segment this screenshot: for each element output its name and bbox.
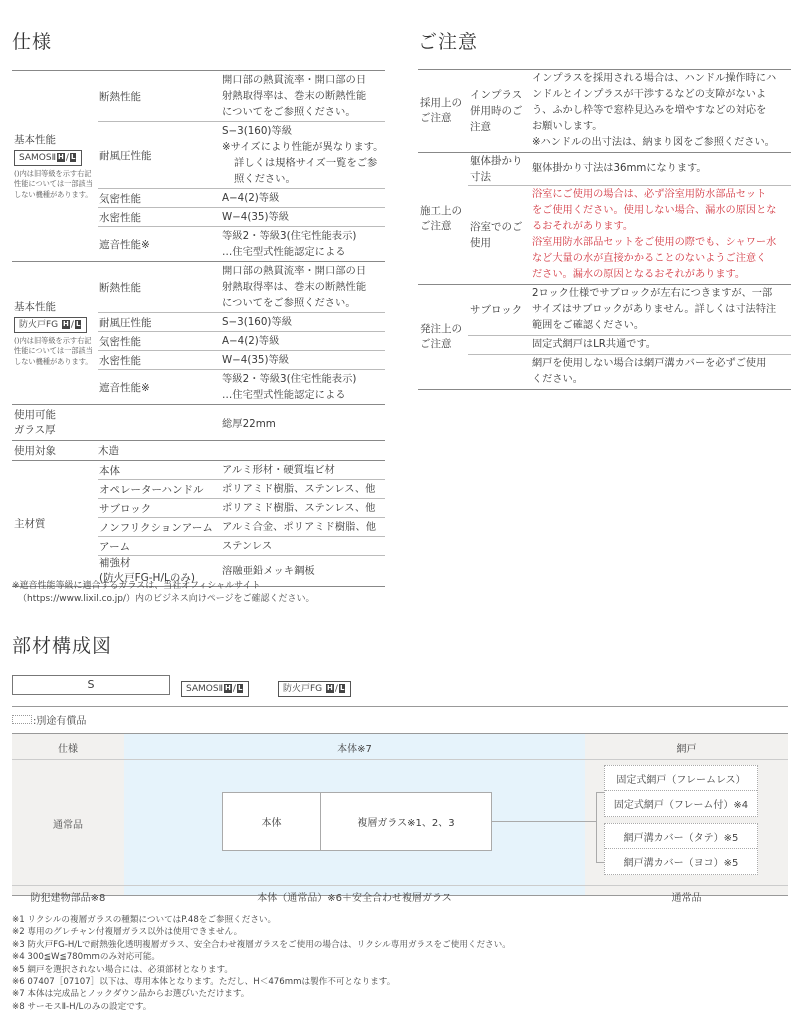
header-spec: 仕様 — [12, 740, 124, 755]
caution-row: 網戸を使用しない場合は網戸溝カバーを必ずご使用 ください。 — [468, 355, 791, 389]
body-component-box: 本体 複層ガラス※1、2、3 — [222, 792, 492, 851]
product-badge-samos: SAMOSⅡH/L — [181, 681, 249, 697]
spec-title: 仕様 — [12, 27, 52, 54]
caution-row: 躯体掛かり寸法 躯体掛かり寸法は36mmになります。 — [468, 153, 791, 186]
connector-line — [596, 792, 597, 862]
dotted-box-icon — [12, 715, 32, 724]
caution-row: インプラス併用時のご注意 インプラスを採用される場合は、ハンドル操作時にハ ンド… — [468, 70, 791, 152]
spec-group-fg: 基本性能 防火戸FG H/L ()内は旧等級を示す右記性能については一部該当しな… — [12, 262, 385, 405]
screen-group-cover: 網戸溝カバー（タテ）※5 網戸溝カバー（ヨコ）※5 — [604, 823, 758, 875]
material-row: 本体アルミ形材・硬質塩ビ材 — [98, 461, 385, 480]
caution-group-construction: 施工上のご注意 躯体掛かり寸法 躯体掛かり寸法は36mmになります。 浴室でのご… — [418, 153, 791, 285]
spec-row: 遮音性能※等級2・等級3(住宅性能表示)…住宅型式性能認定による — [98, 227, 385, 261]
parts-title: 部材構成図 — [12, 631, 112, 658]
material-row: アームステンレス — [98, 537, 385, 556]
parts-footnotes: ※1 リクシルの複層ガラスの種類についてはP.48をご参照ください。 ※2 専用… — [12, 914, 511, 1013]
row-standard-label: 通常品 — [12, 816, 124, 831]
size-selector[interactable]: S — [12, 675, 170, 695]
legend-optional: :別途有償品 — [12, 712, 86, 727]
screen-group-fixed: 固定式網戸（フレームレス） 固定式網戸（フレーム付）※4 — [604, 765, 758, 817]
row-security-body: 本体（通常品）※6＋安全合わせ複層ガラス — [124, 889, 585, 904]
material-row: サブロックポリアミド樹脂、ステンレス、他 — [98, 499, 385, 518]
spec-row-target: 使用対象 木造 — [12, 441, 385, 461]
spec-row: 水密性能W−4(35)等級 — [98, 208, 385, 227]
spec-row: 水密性能W−4(35)等級 — [98, 351, 385, 370]
spec-footnote: ※遮音性能等級に適合するガラスは、当社オフィシャルサイト （https://ww… — [12, 580, 315, 606]
glass-part: 複層ガラス※1、2、3 — [321, 793, 491, 850]
connector-line — [492, 821, 596, 822]
spec-table: 基本性能 SAMOSⅡH/L ()内は旧等級を示す右記性能については一部該当しな… — [12, 70, 385, 587]
spec-group-samos: 基本性能 SAMOSⅡH/L ()内は旧等級を示す右記性能については一部該当しな… — [12, 71, 385, 262]
product-badge-samos: SAMOSⅡH/L — [14, 150, 82, 166]
header-screen: 網戸 — [585, 740, 788, 755]
grade-note: ()内は旧等級を示す右記性能については一部該当しない機種があります。 — [14, 336, 98, 367]
parts-diagram: 仕様 本体※7 網戸 通常品 本体 複層ガラス※1、2、3 固定式網戸（フレーム… — [12, 733, 788, 896]
bathroom-warning: 浴室にご使用の場合は、必ず浴室用防水部品セット をご使用ください。使用しない場合… — [532, 186, 791, 284]
screen-option: 網戸溝カバー（ヨコ）※5 — [605, 849, 757, 874]
screen-option: 固定式網戸（フレームレス） — [605, 766, 757, 791]
product-badge-fg: 防火戸FG H/L — [14, 317, 87, 333]
spec-row: 断熱性能開口部の熱貫流率・開口部の日射熱取得率は、巻末の断熱性能についてをご参照… — [98, 262, 385, 313]
spec-row: 耐風圧性能S−3(160)等級※サイズにより性能が異なります。詳しくは規格サイズ… — [98, 122, 385, 189]
spec-group-materials: 主材質 本体アルミ形材・硬質塩ビ材 オペレーターハンドルポリアミド樹脂、ステンレ… — [12, 461, 385, 587]
product-badge-fg: 防火戸FG H/L — [278, 681, 351, 697]
screen-option: 網戸溝カバー（タテ）※5 — [605, 824, 757, 849]
caution-row-bathroom: 浴室でのご使用 浴室にご使用の場合は、必ず浴室用防水部品セット をご使用ください… — [468, 186, 791, 284]
caution-title: ご注意 — [418, 27, 478, 54]
caution-row: サブロック 2ロック仕様でサブロックが左右につきますが、一部 サイズはサブロック… — [468, 285, 791, 336]
material-row: ノンフリクションアームアルミ合金、ポリアミド樹脂、他 — [98, 518, 385, 537]
caution-table: 採用上のご注意 インプラス併用時のご注意 インプラスを採用される場合は、ハンドル… — [418, 69, 791, 390]
spec-row: 遮音性能※等級2・等級3(住宅性能表示)…住宅型式性能認定による — [98, 370, 385, 404]
caution-group-adoption: 採用上のご注意 インプラス併用時のご注意 インプラスを採用される場合は、ハンドル… — [418, 70, 791, 153]
grade-note: ()内は旧等級を示す右記性能については一部該当しない機種があります。 — [14, 169, 98, 200]
spec-row: 断熱性能開口部の熱貫流率・開口部の日射熱取得率は、巻末の断熱性能についてをご参照… — [98, 71, 385, 122]
spec-row: 耐風圧性能S−3(160)等級 — [98, 313, 385, 332]
caution-group-order: 発注上のご注意 サブロック 2ロック仕様でサブロックが左右につきますが、一部 サ… — [418, 285, 791, 390]
row-security-label: 防犯建物部品※8 — [12, 889, 124, 904]
screen-option: 固定式網戸（フレーム付）※4 — [605, 791, 757, 816]
group-label: 基本性能 — [14, 299, 98, 314]
spec-row: 気密性能A−4(2)等級 — [98, 189, 385, 208]
body-part: 本体 — [223, 793, 321, 850]
group-label: 基本性能 — [14, 132, 98, 147]
spec-row: 気密性能A−4(2)等級 — [98, 332, 385, 351]
row-security-screen: 通常品 — [585, 889, 788, 904]
header-body: 本体※7 — [124, 740, 585, 755]
divider — [12, 706, 788, 707]
caution-row: 固定式網戸はLR共通です。 — [468, 336, 791, 355]
spec-row-glass: 使用可能ガラス厚 総厚22mm — [12, 405, 385, 441]
material-row: オペレーターハンドルポリアミド樹脂、ステンレス、他 — [98, 480, 385, 499]
